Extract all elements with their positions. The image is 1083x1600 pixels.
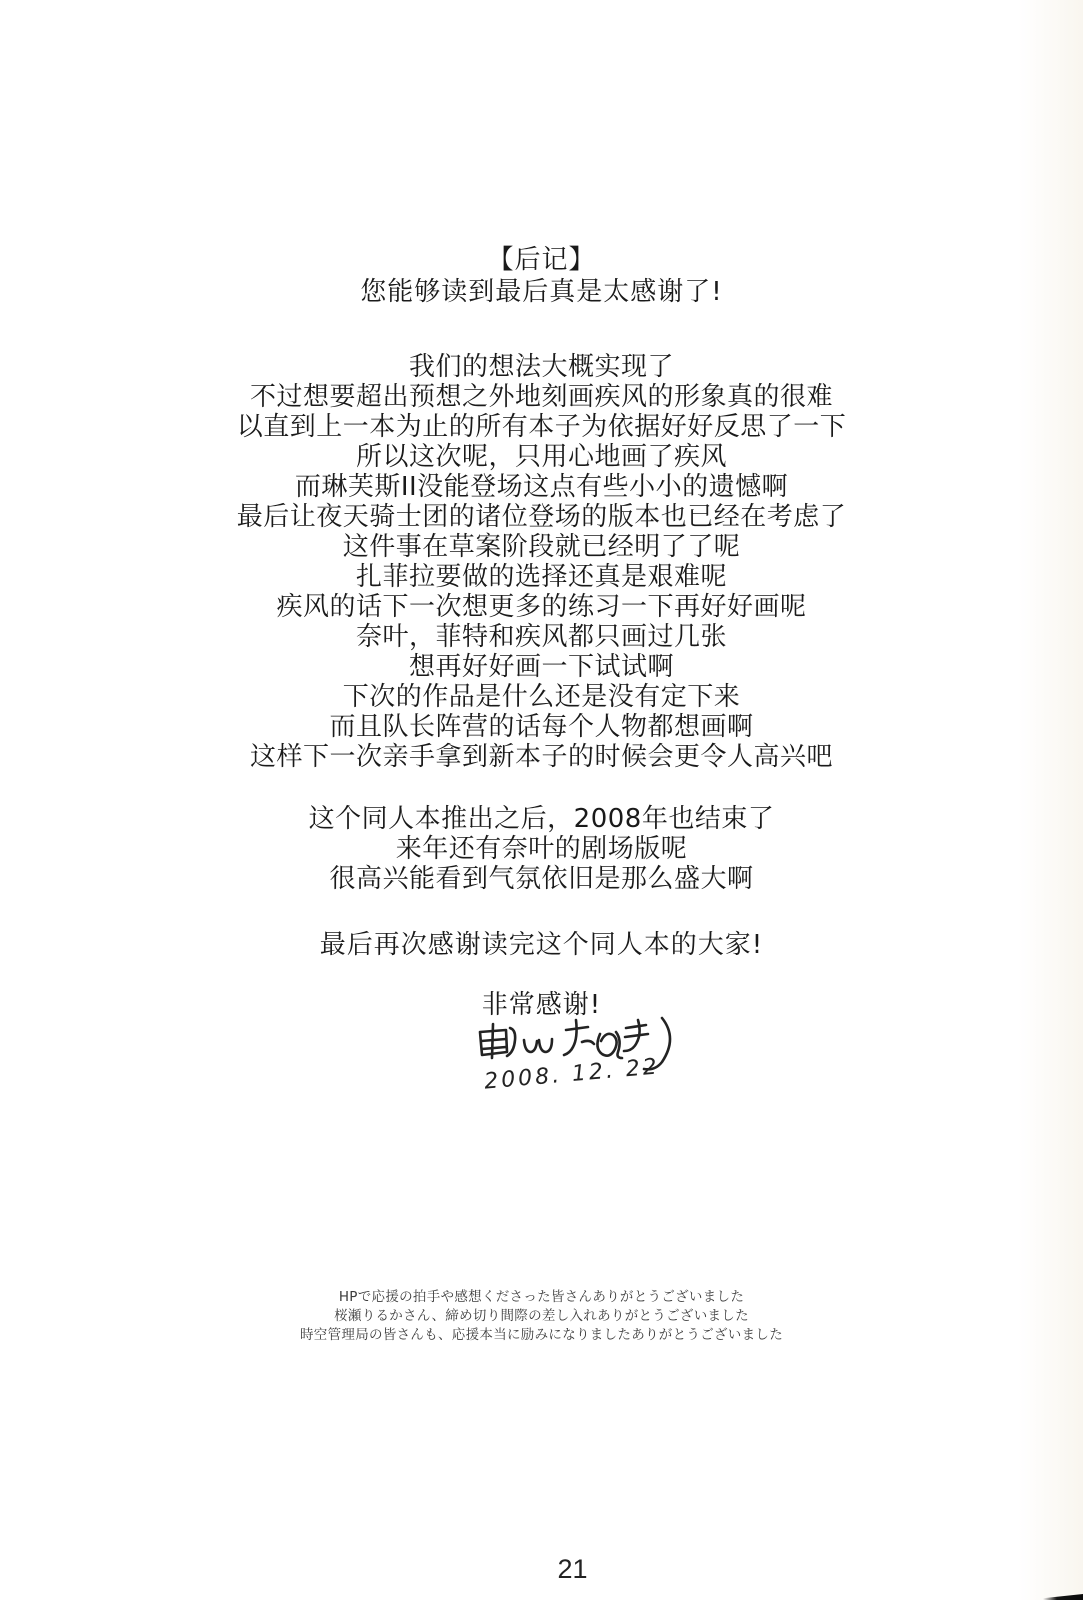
footnote-line: HPで応援の拍手や感想くださった皆さんありがとうございました [0,1288,1083,1307]
afterword-line: 疾风的话下一次想更多的练习一下再好好画呢 [0,592,1083,622]
afterword-line: 扎菲拉要做的选择还真是艰难呢 [0,562,1083,592]
afterword-line: 奈叶，菲特和疾风都只画过几张 [0,622,1083,652]
afterword-line: 来年还有奈叶的剧场版呢 [0,834,1083,864]
final-thanks-line: 最后再次感谢读完这个同人本的大家! [0,924,1083,961]
page-title: 【后记】 [0,244,1083,276]
afterword-line: 以直到上一本为止的所有本子为依据好好反思了一下 [0,412,1083,442]
afterword-line: 所以这次呢，只用心地画了疾风 [0,442,1083,472]
heading-subtitle: 您能够读到最后真是太感谢了! [0,276,1083,308]
afterword-paragraph-1: 我们的想法大概实现了 不过想要超出预想之外地刻画疾风的形象真的很难 以直到上一本… [0,352,1083,772]
footnote-line: 桜瀬りるかさん、締め切り間際の差し入れありがとうございました [0,1307,1083,1326]
afterword-paragraph-2: 这个同人本推出之后，2008年也结束了 来年还有奈叶的剧场版呢 很高兴能看到气氛… [0,804,1083,894]
scan-artifact-corner [1043,1594,1083,1600]
afterword-line: 最后让夜天骑士团的诸位登场的版本也已经在考虑了 [0,502,1083,532]
afterword-line: 这样下一次亲手拿到新本子的时候会更令人高兴吧 [0,742,1083,772]
afterword-line: 想再好好画一下试试啊 [0,652,1083,682]
footnote-block: HPで応援の拍手や感想くださった皆さんありがとうございました 桜瀬りるかさん、締… [0,1288,1083,1345]
afterword-line: 很高兴能看到气氛依旧是那么盛大啊 [0,864,1083,894]
page-number: 21 [0,1554,1083,1585]
afterword-line: 不过想要超出预想之外地刻画疾风的形象真的很难 [0,382,1083,412]
afterword-line: 而琳芙斯II没能登场这点有些小小的遗憾啊 [0,472,1083,502]
heading-block: 【后记】 您能够读到最后真是太感谢了! [0,244,1083,308]
afterword-line: 这件事在草案阶段就已经明了了呢 [0,532,1083,562]
afterword-page: 【后记】 您能够读到最后真是太感谢了! 我们的想法大概实现了 不过想要超出预想之… [0,0,1083,1600]
afterword-line: 而且队长阵营的话每个人物都想画啊 [0,712,1083,742]
footnote-line: 時空管理局の皆さんも、応援本当に励みになりましたありがとうございました [0,1326,1083,1345]
afterword-line: 我们的想法大概实现了 [0,352,1083,382]
afterword-line: 这个同人本推出之后，2008年也结束了 [0,804,1083,834]
afterword-line: 下次的作品是什么还是没有定下来 [0,682,1083,712]
